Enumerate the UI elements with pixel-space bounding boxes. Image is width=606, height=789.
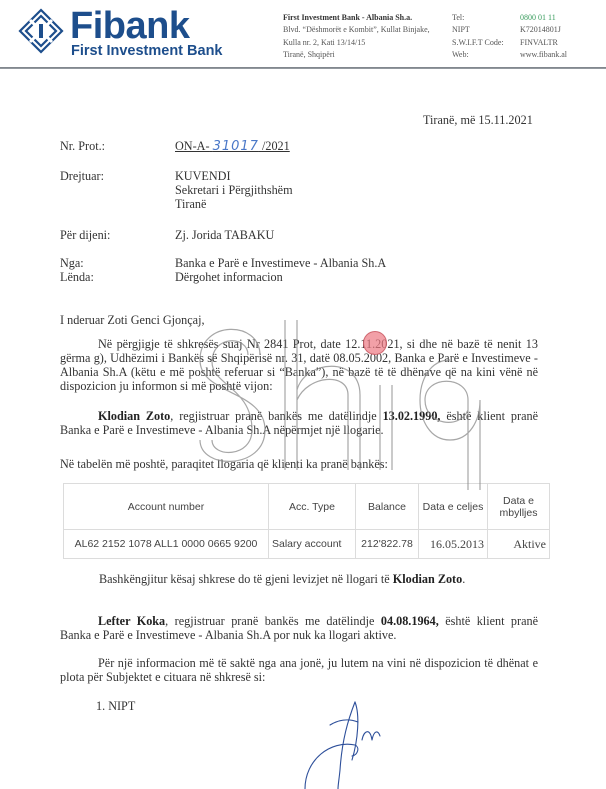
table-intro: Në tabelën më poshtë, paraqitet llogaria…: [60, 457, 388, 471]
client-dob: 13.02.1990,: [383, 409, 441, 423]
attachment-note: Bashkëngjitur kësaj shkrese do të gjeni …: [99, 572, 465, 586]
contact-values: 0800 01 11 K72014801J FINVALTR www.fiban…: [520, 12, 567, 61]
attachment-text: Bashkëngjitur kësaj shkrese do të gjeni …: [99, 572, 393, 586]
acc-type-cell: Salary account: [269, 530, 356, 559]
bank-subtitle: First Investment Bank: [71, 43, 223, 59]
client-text: , regjistruar pranë bankës me datëlindje: [170, 409, 382, 423]
fibank-diamond-logo-icon: [18, 8, 64, 54]
paragraph-client-2: Lefter Koka, regjistruar pranë bankës me…: [60, 614, 538, 642]
contact-label: Tel:: [452, 12, 504, 24]
subject-label: Lënda:: [60, 270, 94, 284]
client-dob: 04.08.1964,: [381, 614, 439, 628]
from-value: Banka e Parë e Investimeve - Albania Sh.…: [175, 256, 386, 270]
recipient-line: KUVENDI: [175, 169, 293, 183]
prot-prefix: ON-A-: [175, 139, 210, 153]
accounts-table: Account number Acc. Type Balance Data e …: [63, 483, 550, 559]
list-item-nipt: 1. NIPT: [96, 699, 135, 713]
col-close-date: Data e mbylljes: [488, 484, 550, 530]
subject-value: Dërgohet informacion: [175, 270, 283, 284]
header-divider: [0, 67, 606, 69]
salutation: I nderuar Zoti Genci Gjonçaj,: [60, 313, 205, 327]
cc-value: Zj. Jorida TABAKU: [175, 228, 274, 242]
paragraph-request: Për një informacion më të saktë nga ana …: [60, 656, 538, 684]
red-pin-marker-icon: [363, 331, 387, 355]
to-label: Drejtuar:: [60, 169, 104, 183]
close-date-cell: Aktive: [488, 530, 550, 559]
address-line: First Investment Bank - Albania Sh.a.: [283, 12, 430, 24]
contact-label: S.W.I.F.T Code:: [452, 37, 504, 49]
from-label: Nga:: [60, 256, 84, 270]
paragraph-reference: Në përgjigje të shkresës suaj Nr 2841 Pr…: [60, 337, 538, 393]
recipient-block: KUVENDI Sekretari i Përgjithshëm Tiranë: [175, 169, 293, 211]
attachment-client-name: Klodian Zoto: [393, 572, 462, 586]
account-number-cell: AL62 2152 1078 ALL1 0000 0665 9200: [64, 530, 269, 559]
col-balance: Balance: [356, 484, 419, 530]
client-name: Klodian Zoto: [98, 409, 170, 423]
bank-wordmark: Fibank: [70, 6, 189, 46]
phone-number: 0800 01 11: [520, 12, 567, 24]
swift-code: FINVALTR: [520, 37, 567, 49]
col-account-number: Account number: [64, 484, 269, 530]
prot-number: ON-A- 31017 /2021: [175, 139, 290, 154]
contact-label: Web:: [452, 49, 504, 61]
attachment-text-end: .: [462, 572, 465, 586]
client-text: , regjistruar pranë bankës me datëlindje: [165, 614, 381, 628]
address-line: Blvd. “Dëshmorët e Kombit”, Kullat Binja…: [283, 24, 430, 36]
col-acc-type: Acc. Type: [269, 484, 356, 530]
address-line: Kulla nr. 2, Kati 13/14/15: [283, 37, 430, 49]
client-name: Lefter Koka: [98, 614, 165, 628]
recipient-line: Tiranë: [175, 197, 293, 211]
prot-suffix: /2021: [262, 139, 290, 153]
cc-label: Për dijeni:: [60, 228, 110, 242]
open-date-cell: 16.05.2013: [419, 530, 488, 559]
table-header-row: Account number Acc. Type Balance Data e …: [64, 484, 550, 530]
table-row: AL62 2152 1078 ALL1 0000 0665 9200 Salar…: [64, 530, 550, 559]
prot-label: Nr. Prot.:: [60, 139, 105, 153]
bank-address: First Investment Bank - Albania Sh.a. Bl…: [283, 12, 430, 61]
nipt-value: K72014801J: [520, 24, 567, 36]
handwritten-signature-icon: [300, 700, 410, 789]
recipient-line: Sekretari i Përgjithshëm: [175, 183, 293, 197]
website-link[interactable]: www.fibank.al: [520, 49, 567, 61]
col-open-date: Data e celjes: [419, 484, 488, 530]
contact-label: NIPT: [452, 24, 504, 36]
paragraph-client-1: Klodian Zoto, regjistruar pranë bankës m…: [60, 409, 538, 437]
balance-cell: 212'822.78: [356, 530, 419, 559]
place-date: Tiranë, më 15.11.2021: [423, 113, 533, 127]
prot-handwritten-number: 31017: [213, 139, 259, 154]
contact-labels: Tel: NIPT S.W.I.F.T Code: Web:: [452, 12, 504, 61]
address-line: Tiranë, Shqipëri: [283, 49, 430, 61]
